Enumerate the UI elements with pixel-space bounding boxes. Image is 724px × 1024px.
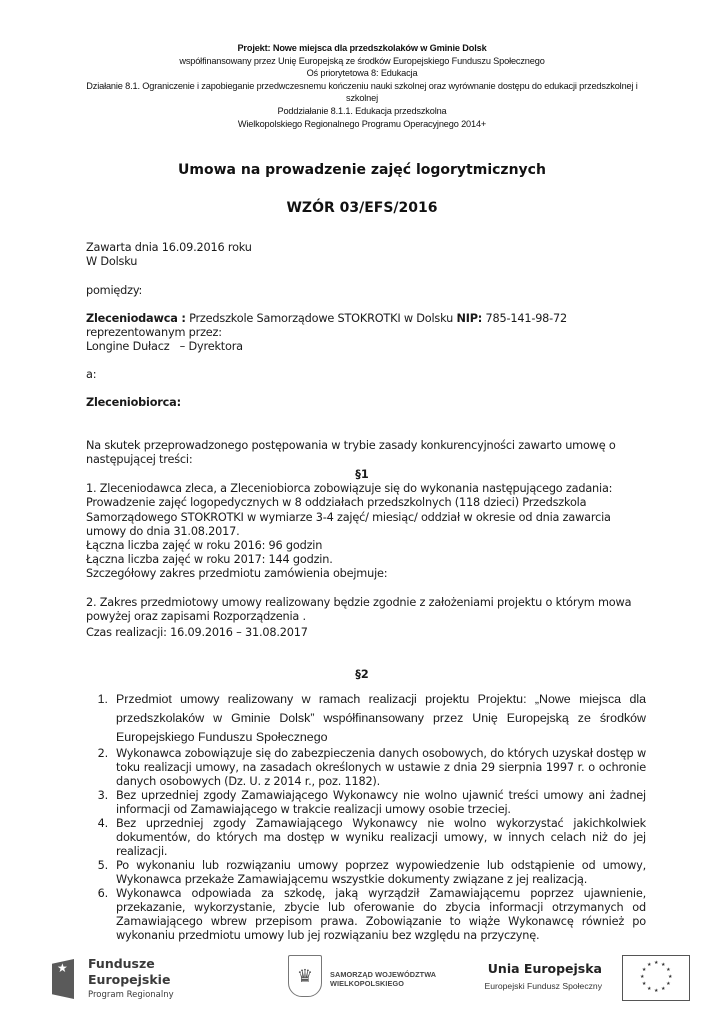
eu-star-icon: ★: [666, 968, 670, 973]
list-item-text: Po wykonaniu lub rozwiązaniu umowy poprz…: [116, 859, 646, 887]
star-icon: ★: [57, 961, 68, 975]
list-item: 4.Bez uprzedniej zgody Zamawiającego Wyk…: [86, 817, 646, 859]
eu-star-icon: ★: [661, 987, 665, 992]
list-item-number: 5.: [98, 859, 108, 873]
project-title: Projekt: Nowe miejsca dla przedszkolaków…: [40, 42, 684, 55]
list-item-text: Wykonawca odpowiada za szkodę, jaką wyrz…: [116, 887, 646, 943]
list-item-number: 3.: [98, 789, 108, 803]
program-line: Wielkopolskiego Regionalnego Programu Op…: [40, 118, 684, 131]
hours-2017: Łączna liczba zajęć w roku 2017: 144 god…: [86, 553, 646, 567]
action-line: Działanie 8.1. Ograniczenie i zapobiegan…: [40, 80, 684, 93]
section-1-point-2: 2. Zakres przedmiotowy umowy realizowany…: [86, 596, 646, 625]
eu-logo-line1: Unia Europejska: [488, 961, 602, 976]
action-line-cont: szkolnej: [40, 92, 684, 105]
representative: Longine Dułacz – Dyrektora: [86, 340, 646, 354]
project-header: Projekt: Nowe miejsca dla przedszkolaków…: [40, 42, 684, 130]
list-item-number: 4.: [98, 817, 108, 831]
samorzad-wojewodztwa-logo: ♛ SAMORZĄD WOJEWÓDZTWA WIELKOPOLSKIEGO: [288, 953, 458, 1001]
fe-logo-line2: Europejskie: [88, 972, 170, 987]
eagle-coat-of-arms-icon: ♛: [288, 955, 322, 997]
subaction-line: Poddziałanie 8.1.1. Edukacja przedszkoln…: [40, 105, 684, 118]
section-1-point-1: 1. Zleceniodawca zleca, a Zleceniobiorca…: [86, 482, 646, 539]
eu-star-icon: ★: [647, 963, 651, 968]
unia-europejska-logo: Unia Europejska Europejski Fundusz Społe…: [480, 953, 690, 1003]
between-label: pomiędzy:: [86, 284, 646, 298]
document-title: Umowa na prowadzenie zajęć logorytmiczny…: [0, 162, 724, 178]
client-line: Zleceniodawca : Przedszkole Samorządowe …: [86, 312, 646, 326]
represented-by: reprezentowanym przez:: [86, 326, 646, 340]
section-2-heading: §2: [0, 668, 724, 681]
fe-logo-line3: Program Regionalny: [88, 990, 174, 1000]
fundusze-europejskie-logo: ★ Fundusze Europejskie Program Regionaln…: [52, 953, 182, 1003]
template-number: WZÓR 03/EFS/2016: [0, 200, 724, 216]
eu-star-icon: ★: [654, 989, 658, 994]
preamble: Na skutek przeprowadzonego postępowania …: [86, 439, 646, 468]
priority-axis: Oś priorytetowa 8: Edukacja: [40, 67, 684, 80]
list-item: 1.Przedmiot umowy realizowany w ramach r…: [86, 690, 646, 747]
list-item: 3.Bez uprzedniej zgody Zamawiającego Wyk…: [86, 789, 646, 817]
eu-star-icon: ★: [661, 963, 665, 968]
list-item-text: Przedmiot umowy realizowany w ramach rea…: [116, 690, 646, 747]
list-item: 6.Wykonawca odpowiada za szkodę, jaką wy…: [86, 887, 646, 943]
footer-logos: ★ Fundusze Europejskie Program Regionaln…: [0, 945, 724, 1005]
list-item: 5.Po wykonaniu lub rozwiązaniu umowy pop…: [86, 859, 646, 887]
eu-star-icon: ★: [666, 982, 670, 987]
eu-logo-line2: Europejski Fundusz Społeczny: [484, 981, 602, 991]
client-name: Przedszkole Samorządowe STOKROTKI w Dols…: [186, 312, 457, 325]
contractor-label: Zleceniobiorca:: [86, 396, 646, 410]
sw-logo-line1: SAMORZĄD WOJEWÓDZTWA: [330, 970, 436, 979]
eu-star-icon: ★: [640, 975, 644, 980]
client-label: Zleceniodawca :: [86, 312, 186, 325]
list-item-number: 6.: [98, 887, 108, 901]
fe-logo-line1: Fundusze: [88, 956, 155, 971]
realization-period: Czas realizacji: 16.09.2016 – 31.08.2017: [86, 626, 646, 640]
and-label: a:: [86, 368, 646, 382]
section-2-list: 1.Przedmiot umowy realizowany w ramach r…: [86, 690, 646, 943]
eu-flag-icon: ★★★★★★★★★★★★: [622, 955, 690, 1001]
concluded-date: Zawarta dnia 16.09.2016 roku: [86, 241, 646, 255]
list-item-number: 1.: [98, 690, 108, 709]
concluded-place: W Dolsku: [86, 255, 646, 269]
section-1-heading: §1: [0, 468, 724, 481]
list-item-text: Bez uprzedniej zgody Zamawiającego Wykon…: [116, 817, 646, 859]
list-item-number: 2.: [98, 747, 108, 761]
hours-2016: Łączna liczba zajęć w roku 2016: 96 godz…: [86, 539, 646, 553]
eu-star-icon: ★: [642, 982, 646, 987]
nip-label: NIP:: [456, 312, 482, 325]
nip-value: 785-141-98-72: [482, 312, 567, 325]
list-item-text: Bez uprzedniej zgody Zamawiającego Wykon…: [116, 789, 646, 817]
sw-logo-line2: WIELKOPOLSKIEGO: [330, 979, 404, 988]
document-page: Projekt: Nowe miejsca dla przedszkolaków…: [0, 0, 724, 1024]
eu-star-icon: ★: [654, 961, 658, 966]
list-item: 2.Wykonawca zobowiązuje się do zabezpiec…: [86, 747, 646, 789]
list-item-text: Wykonawca zobowiązuje się do zabezpiecze…: [116, 747, 646, 789]
eu-star-icon: ★: [647, 987, 651, 992]
cofinancing-line: współfinansowany przez Unię Europejską z…: [40, 55, 684, 68]
eu-star-icon: ★: [668, 975, 672, 980]
eu-star-icon: ★: [642, 968, 646, 973]
scope-intro: Szczegółowy zakres przedmiotu zamówienia…: [86, 567, 646, 581]
